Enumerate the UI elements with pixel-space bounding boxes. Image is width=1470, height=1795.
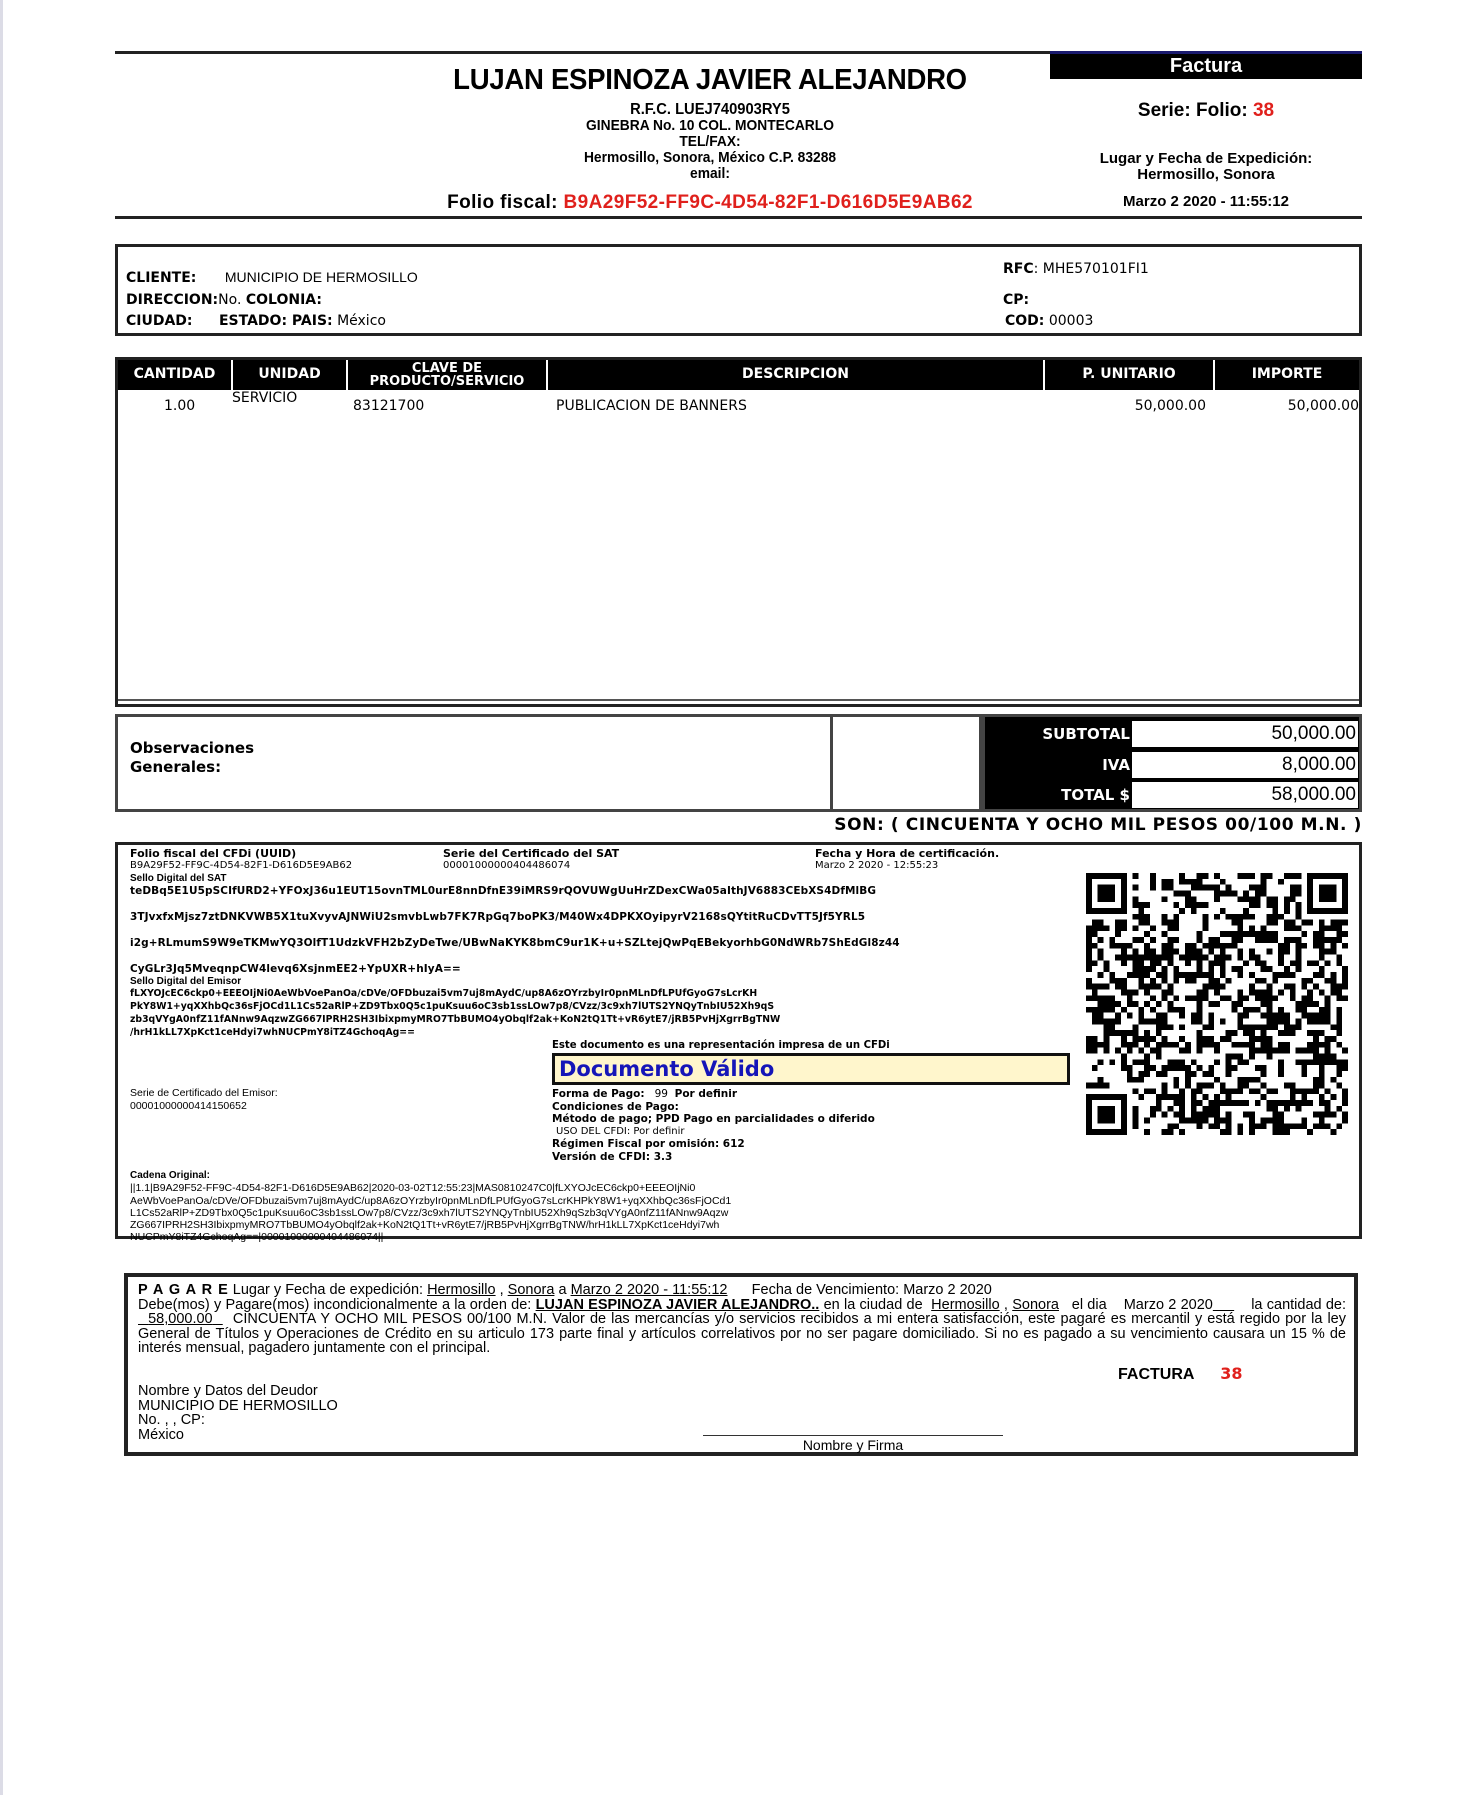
emisor-city: Hermosillo, Sonora, México C.P. 83288 (406, 150, 1013, 166)
forma-pago: Forma de Pago: 99 Por definir (552, 1088, 875, 1101)
cell-clave: 83121700 (353, 398, 424, 414)
obs-label-line1: Observaciones (130, 739, 254, 758)
serie-label: Serie: Folio: (1138, 100, 1248, 121)
items-table: CANTIDAD UNIDAD CLAVE DE PRODUCTO/SERVIC… (115, 357, 1362, 707)
observaciones-label: Observaciones Generales: (130, 739, 254, 777)
cod-value: 00003 (1049, 313, 1094, 329)
emisor-rfc: R.F.C. LUEJ740903RY5 (406, 102, 1013, 118)
col-importe: IMPORTE (1215, 360, 1359, 390)
obs-label-line2: Generales: (130, 758, 254, 777)
cadena-line: ZG667IPRH2SH3IbixpmyMRO7TbBUMO4yObqlf2ak… (130, 1219, 930, 1231)
total-label: TOTAL $ (985, 780, 1130, 810)
serie-folio: Serie: Folio: 38 (1050, 100, 1362, 122)
payment-info: Forma de Pago: 99 Por definir Condicione… (552, 1088, 875, 1163)
deudor-name: MUNICIPIO DE HERMOSILLO (138, 1399, 338, 1414)
cadena-line: NUCPmY8iTZ4GchoqAg==|0000100000040448607… (130, 1231, 930, 1243)
pagare-body: CINCUENTA Y OCHO MIL PESOS 00/100 M.N. V… (138, 1311, 1346, 1356)
lugar-expedicion: Lugar y Fecha de Expedición: Hermosillo,… (1050, 151, 1362, 183)
cliente-rfc: RFC: MHE570101FI1 (1003, 261, 1149, 277)
col-unidad: UNIDAD (233, 360, 348, 390)
sello-emisor-line: zb3qVYgA0nfZ11fANnw9AqzwZG667IPRH2SH3Ibi… (130, 1014, 780, 1027)
estado-pais-label: ESTADO: PAIS: (219, 313, 333, 329)
cell-descripcion: PUBLICACION DE BANNERS (556, 398, 747, 414)
direccion-label: DIRECCION: (126, 292, 218, 308)
cert-sat-label: Serie del Certificado del SAT (443, 847, 619, 860)
cp-label: CP: (1003, 292, 1029, 308)
ciudad-row: CIUDAD: ESTADO: PAIS: México (126, 313, 386, 329)
sello-sat-line: 3TJvxfxMjsz7ztDNKVWB5X1tuXvyvAJNWiU2smvb… (130, 911, 865, 923)
colonia-label: COLONIA: (246, 292, 322, 308)
items-header: CANTIDAD UNIDAD CLAVE DE PRODUCTO/SERVIC… (118, 360, 1359, 390)
cell-unidad: SERVICIO (232, 390, 297, 406)
cadena-label: Cadena Original: (130, 1170, 930, 1182)
forma-pago-label: Forma de Pago: (552, 1088, 645, 1100)
folio-fiscal-value: B9A29F52-FF9C-4D54-82F1-D616D5E9AB62 (564, 192, 973, 213)
signature-line (703, 1435, 1003, 1436)
observaciones-box: Observaciones Generales: (115, 714, 832, 812)
cert-emisor-value: 00001000000414150652 (130, 1100, 247, 1112)
sello-emisor-line: PkY8W1+yqXXhbQc36sFjOCd1L1Cs52aRlP+ZD9Tb… (130, 1001, 774, 1014)
uuid-label: Folio fiscal del CFDi (UUID) (130, 847, 296, 860)
cert-emisor-label: Serie de Certificado del Emisor: (130, 1087, 278, 1099)
cp-label-text: CP: (1003, 292, 1029, 308)
subtotal-value: 50,000.00 (1132, 721, 1358, 747)
col-cantidad: CANTIDAD (118, 360, 233, 390)
subtotal-row: SUBTOTAL 50,000.00 (985, 719, 1359, 749)
pagare-factura-num: 38 (1220, 1364, 1242, 1383)
rfc-value: : MHE570101FI1 (1034, 261, 1149, 277)
sello-sat-line: i2g+RLmumS9W9eTKMwYQ3OlfT1UdzkVFH2bZyDeT… (130, 937, 900, 949)
col-p-unitario: P. UNITARIO (1045, 360, 1215, 390)
qr-code-icon (1086, 873, 1348, 1135)
deudor-label: Nombre y Datos del Deudor (138, 1384, 338, 1399)
regimen-fiscal: Régimen Fiscal por omisión: 612 (552, 1138, 875, 1151)
header-top-rule (115, 51, 1050, 54)
cfdi-box: Folio fiscal del CFDi (UUID) B9A29F52-FF… (115, 842, 1362, 1239)
doc-type-banner: Factura (1050, 51, 1362, 79)
uso-cfdi: USO DEL CFDI: Por definir (552, 1126, 875, 1139)
cadena-original: Cadena Original: ||1.1|B9A29F52-FF9C-4D5… (130, 1170, 930, 1244)
blank-box (832, 714, 982, 812)
cell-importe: 50,000.00 (1288, 398, 1359, 414)
signature-label: Nombre y Firma (703, 1437, 1003, 1453)
items-bottom-rule (118, 699, 1359, 701)
client-box: CLIENTE: MUNICIPIO DE HERMOSILLO RFC: MH… (115, 244, 1362, 336)
cadena-line: L1Cs52aRlP+ZD9Tbx0Q5c1puKsuu6oC3sb1ssLOw… (130, 1207, 930, 1219)
amount-in-words: SON: ( CINCUENTA Y OCHO MIL PESOS 00/100… (700, 815, 1362, 835)
folio-fiscal: Folio fiscal: B9A29F52-FF9C-4D54-82F1-D6… (380, 192, 1040, 214)
deudor-block: Nombre y Datos del Deudor MUNICIPIO DE H… (138, 1384, 338, 1442)
page-edge (0, 0, 3, 1795)
totals-box: SUBTOTAL 50,000.00 IVA 8,000.00 TOTAL $ … (982, 714, 1362, 812)
documento-valido-badge: Documento Válido (552, 1053, 1070, 1085)
pagare-factura-label: FACTURA (1118, 1366, 1194, 1383)
emisor-address: GINEBRA No. 10 COL. MONTECARLO (406, 118, 1013, 134)
sello-emisor-label: Sello Digital del Emisor (130, 976, 241, 987)
iva-label: IVA (985, 750, 1130, 780)
regimen-value: Régimen Fiscal por omisión: 612 (552, 1138, 745, 1150)
col-clave: CLAVE DE PRODUCTO/SERVICIO (348, 360, 548, 390)
version-cfdi: Versión de CFDI: 3.3 (552, 1151, 875, 1164)
cadena-line: AeWbVoePanOa/cDVe/OFDbuzai5vm7uj8mAydC/u… (130, 1195, 930, 1207)
forma-pago-code: 99 (655, 1088, 668, 1100)
sello-sat-label: Sello Digital del SAT (130, 873, 227, 884)
subtotal-label: SUBTOTAL (985, 719, 1130, 749)
total-row: TOTAL $ 58,000.00 (985, 780, 1359, 810)
fecha-cert-label: Fecha y Hora de certificación. (815, 847, 999, 860)
sello-sat-line: teDBq5E1U5pSCIfURD2+YFOxJ36u1EUT15ovnTML… (130, 885, 876, 897)
fecha-cert-value: Marzo 2 2020 - 12:55:23 (815, 860, 938, 871)
emisor-name: LUJAN ESPINOZA JAVIER ALEJANDRO (397, 62, 1024, 98)
pais-value: México (337, 313, 386, 329)
representacion-note: Este documento es una representación imp… (552, 1038, 890, 1051)
emisor-block: LUJAN ESPINOZA JAVIER ALEJANDRO R.F.C. L… (380, 62, 1040, 182)
cliente-label: CLIENTE: (126, 270, 196, 286)
ciudad-label: CIUDAD: (126, 313, 193, 329)
emisor-telfax: TEL/FAX: (406, 134, 1013, 150)
total-value: 58,000.00 (1132, 782, 1358, 808)
direccion-row: DIRECCION:No. COLONIA: (126, 292, 322, 308)
fecha-expedicion: Marzo 2 2020 - 11:55:12 (1050, 193, 1362, 210)
metodo-pago: Método de pago; PPD Pago en parcialidade… (552, 1113, 875, 1126)
header-bottom-rule (115, 216, 1362, 219)
condiciones-pago: Condiciones de Pago: (552, 1101, 875, 1114)
cell-cantidad: 1.00 (164, 398, 195, 414)
cliente-value: MUNICIPIO DE HERMOSILLO (225, 269, 418, 285)
sello-sat-line: CyGLr3Jq5MveqnpCW4levq6XsjnmEE2+YpUXR+hI… (130, 963, 461, 975)
metodo-pago-value: Método de pago; PPD Pago en parcialidade… (552, 1113, 875, 1125)
cert-sat-value: 00001000000404486074 (443, 860, 570, 871)
condiciones-label: Condiciones de Pago: (552, 1101, 679, 1113)
uuid-value: B9A29F52-FF9C-4D54-82F1-D616D5E9AB62 (130, 860, 352, 871)
sello-emisor-line: fLXYOJcEC6ckp0+EEEOIjNi0AeWbVoePanOa/cDV… (130, 988, 757, 1001)
cliente-row: CLIENTE: MUNICIPIO DE HERMOSILLO (126, 269, 418, 286)
iva-value: 8,000.00 (1132, 752, 1358, 778)
rfc-label: RFC (1003, 261, 1034, 277)
folio-number: 38 (1253, 100, 1274, 121)
pagare-box: P A G A R E Lugar y Fecha de expedición:… (124, 1273, 1358, 1456)
cod-label: COD: (1005, 313, 1044, 329)
col-descripcion: DESCRIPCION (548, 360, 1045, 390)
col-clave-line2: PRODUCTO/SERVICIO (348, 375, 546, 388)
sello-emisor-line: /hrH1kLL7XpKct1ceHdyi7whNUCPmY8iTZ4Gchoq… (130, 1027, 415, 1040)
direccion-no: No. (218, 292, 241, 308)
cod-row: COD: 00003 (1005, 313, 1093, 329)
lugar-label: Lugar y Fecha de Expedición: (1050, 151, 1362, 167)
pagare-text: P A G A R E Lugar y Fecha de expedición:… (138, 1283, 1346, 1356)
emisor-email: email: (406, 166, 1013, 182)
version-value: Versión de CFDI: 3.3 (552, 1151, 672, 1163)
lugar-value: Hermosillo, Sonora (1050, 167, 1362, 183)
cell-p-unitario: 50,000.00 (1135, 398, 1206, 414)
cadena-line: ||1.1|B9A29F52-FF9C-4D54-82F1-D616D5E9AB… (130, 1182, 930, 1194)
iva-row: IVA 8,000.00 (985, 750, 1359, 780)
deudor-pais: México (138, 1428, 338, 1443)
folio-fiscal-label: Folio fiscal: (447, 192, 558, 213)
forma-pago-value: Por definir (675, 1088, 737, 1100)
pagare-factura: FACTURA 38 (1118, 1364, 1243, 1384)
deudor-address: No. , , CP: (138, 1413, 338, 1428)
